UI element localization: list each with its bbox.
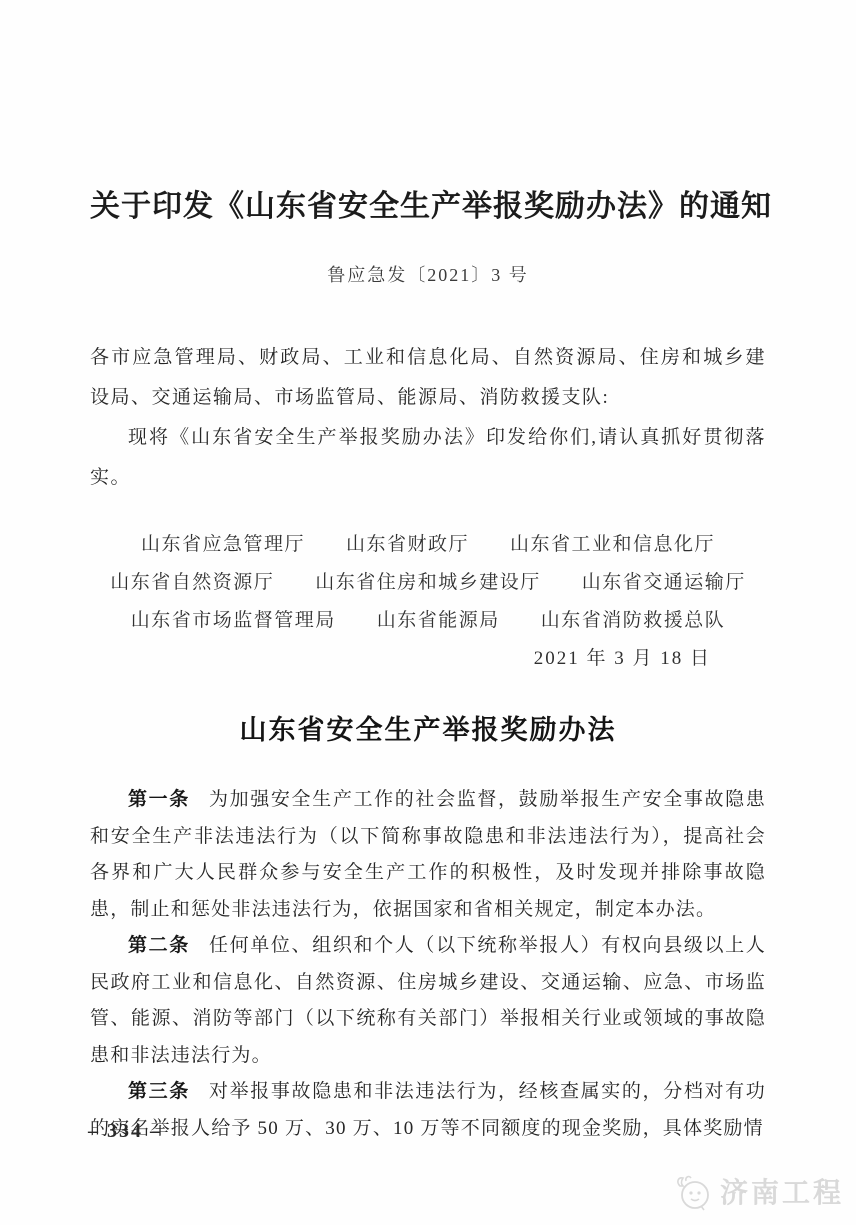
signature-block: 山东省应急管理厅 山东省财政厅 山东省工业和信息化厅 山东省自然资源厅 山东省住… [90, 526, 766, 678]
doc-number: 鲁应急发〔2021〕3 号 [90, 262, 766, 288]
signer-line: 山东省市场监督管理局 山东省能源局 山东省消防救援总队 [90, 602, 766, 640]
mascot-logo-icon [670, 1172, 714, 1216]
article-label: 第二条 [128, 935, 190, 956]
watermark-text: 济南工程 [720, 1172, 844, 1216]
measure-title: 山东省安全生产举报奖励办法 [90, 710, 766, 750]
issue-date: 2021 年 3 月 18 日 [90, 640, 766, 678]
article-text: 对举报事故隐患和非法违法行为，经核查属实的，分档对有功的实名举报人给予 50 万… [90, 1081, 766, 1139]
opening-block: 各市应急管理局、财政局、工业和信息化局、自然资源局、住房和城乡建设局、交通运输局… [90, 338, 766, 498]
article-text: 为加强安全生产工作的社会监督，鼓励举报生产安全事故隐患和安全生产非法违法行为（以… [90, 789, 766, 920]
article-paragraph: 第一条为加强安全生产工作的社会监督，鼓励举报生产安全事故隐患和安全生产非法违法行… [90, 782, 766, 928]
articles-block: 第一条为加强安全生产工作的社会监督，鼓励举报生产安全事故隐患和安全生产非法违法行… [90, 782, 766, 1147]
article-text: 任何单位、组织和个人（以下统称举报人）有权向县级以上人民政府工业和信息化、自然资… [90, 935, 766, 1066]
notice-title: 关于印发《山东省安全生产举报奖励办法》的通知 [90, 186, 766, 228]
page-number: – 334 – [88, 1120, 162, 1143]
addressee-line: 各市应急管理局、财政局、工业和信息化局、自然资源局、住房和城乡建设局、交通运输局… [90, 338, 766, 418]
article-paragraph: 第二条任何单位、组织和个人（以下统称举报人）有权向县级以上人民政府工业和信息化、… [90, 928, 766, 1074]
article-label: 第三条 [128, 1081, 190, 1102]
article-label: 第一条 [128, 789, 190, 810]
article-paragraph: 第三条对举报事故隐患和非法违法行为，经核查属实的，分档对有功的实名举报人给予 5… [90, 1074, 766, 1147]
watermark: 济南工程 [670, 1172, 844, 1216]
forwarding-note: 现将《山东省安全生产举报奖励办法》印发给你们,请认真抓好贯彻落实。 [90, 418, 766, 498]
signer-line: 山东省自然资源厅 山东省住房和城乡建设厅 山东省交通运输厅 [90, 564, 766, 602]
signer-line: 山东省应急管理厅 山东省财政厅 山东省工业和信息化厅 [90, 526, 766, 564]
document-page: 关于印发《山东省安全生产举报奖励办法》的通知 鲁应急发〔2021〕3 号 各市应… [0, 0, 856, 1225]
